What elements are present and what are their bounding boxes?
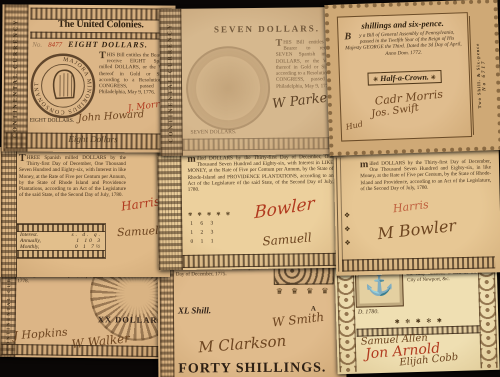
side-border-strip: CONTINENTAL CURRENCY: [3, 4, 28, 151]
side-border-strip: [1, 147, 17, 277]
faded-seal: [186, 46, 271, 131]
denomination-text: XX DOLLARS.: [98, 314, 167, 325]
serial-number: 8477: [48, 41, 62, 49]
signature: Hud: [345, 119, 364, 131]
harp-icon: [54, 70, 75, 98]
note-pennsylvania-half-crown: shillings and six-pence. By a Bill of Ge…: [324, 0, 500, 156]
signature-red: Harris: [120, 194, 161, 213]
serial-label: No.: [32, 41, 42, 49]
ornate-border-band: [183, 253, 343, 268]
date-line: D. 1780.: [358, 309, 379, 316]
note-rhode-island-center: milled DOLLARS by the Thirty-first Day o…: [157, 148, 343, 271]
ornate-border-band: Eight Dollars: [6, 132, 171, 149]
signature: M Bowler: [377, 216, 457, 243]
ornate-border-band: [342, 256, 495, 271]
denomination-footer: FORTY SHILLINGS.: [158, 360, 346, 377]
asterisk-icon: ✳: [373, 77, 378, 83]
side-border-strip: CONTINENTAL CURRENCY: [159, 9, 183, 156]
currency-collage: CONTINENTAL CURRENCY TWENTY Spanish mill…: [0, 0, 500, 377]
interest-value: 0 1 1: [190, 237, 216, 246]
denomination-text: Half-a-Crown.: [380, 72, 429, 83]
ornament-row: ✾ ✾ ✾ ✾ ✾: [188, 211, 232, 218]
ornate-border-band: [17, 224, 105, 232]
seal-motto: MAJORA MINORIBUS CONSONANT: [34, 57, 92, 115]
note-continental-eight-dollars: CONTINENTAL CURRENCY The United Colonies…: [1, 4, 175, 152]
strip-serial: No 6717: [481, 59, 487, 91]
note-continental-seven-dollars: CONTINENTAL CURRENCY SEVEN DOLLARS. THIS…: [159, 7, 344, 156]
ornate-border-band: [1, 344, 165, 357]
note-title: SEVEN DOLLARS.: [199, 23, 334, 34]
interest-value: 1 6 3: [190, 219, 216, 228]
strip-text: Two Shill. & Six-pence: [474, 42, 481, 108]
interest-value: 1 2 3: [190, 228, 216, 237]
svg-text:MAJORA MINORIBUS CONSONANT: MAJORA MINORIBUS CONSONANT: [34, 57, 92, 115]
signature: M Clarkson: [198, 332, 287, 357]
serial-row: No. 8477 EIGHT DOLLARS.: [32, 40, 171, 50]
signature: Samuell: [117, 224, 163, 239]
note-rhode-island-right: milled DOLLARS by the Thirty-first Day o…: [334, 150, 500, 275]
denomination-text: XL Shill.: [178, 305, 211, 315]
signature: W Smith: [271, 310, 324, 330]
denomination-text: EIGHT DOLLARS.: [68, 40, 148, 50]
ornate-border-band: [183, 137, 340, 151]
denomination-footer: SEVEN DOLLARS.: [191, 129, 237, 135]
side-text: CONTINENTAL CURRENCY: [13, 18, 20, 138]
counterfoil-strip: Two Shill. & Six-pence No 6717: [469, 15, 492, 135]
ornate-border-band: [17, 250, 105, 258]
signature: J Hopkins: [13, 325, 68, 342]
ornament-column: ❖ ❖ ❖: [343, 211, 352, 249]
note-body-text: THREE Spanish milled DOLLARS by the Thir…: [19, 155, 126, 219]
denomination-box: ✳ Half-a-Crown. ✳: [367, 70, 442, 86]
interest-table: Interest. s. d. q. Annually, 1 10 3 Mont…: [16, 223, 106, 259]
asterisk-icon: ✳: [431, 75, 436, 81]
note-title: The United Colonies.: [30, 19, 171, 31]
side-border-strip: [157, 150, 183, 270]
note-rhode-island-three-dollars: THE Possessor of this Bill shall be paid…: [0, 147, 170, 277]
band-lettering: Eight Dollars: [16, 133, 171, 144]
interest-column: 1 6 3 1 2 3 0 1 1: [190, 219, 216, 246]
inner-panel: shillings and six-pence. By a Bill of Ge…: [337, 12, 472, 141]
crown-icons: ♛ ♛ ♛ ♛: [276, 286, 332, 295]
note-body-text: By a Bill of General Assembly of Pennsyl…: [344, 29, 462, 71]
signature: Samuell: [262, 230, 312, 248]
ornate-border-band: [30, 32, 171, 40]
note-pennsylvania-forty-shillings: teenth Year of the Reign of his Majesty …: [158, 251, 347, 377]
denomination-footer: EIGHT DOLLARS.: [30, 118, 75, 124]
side-text: CONTINENTAL CURRENCY: [167, 22, 174, 142]
